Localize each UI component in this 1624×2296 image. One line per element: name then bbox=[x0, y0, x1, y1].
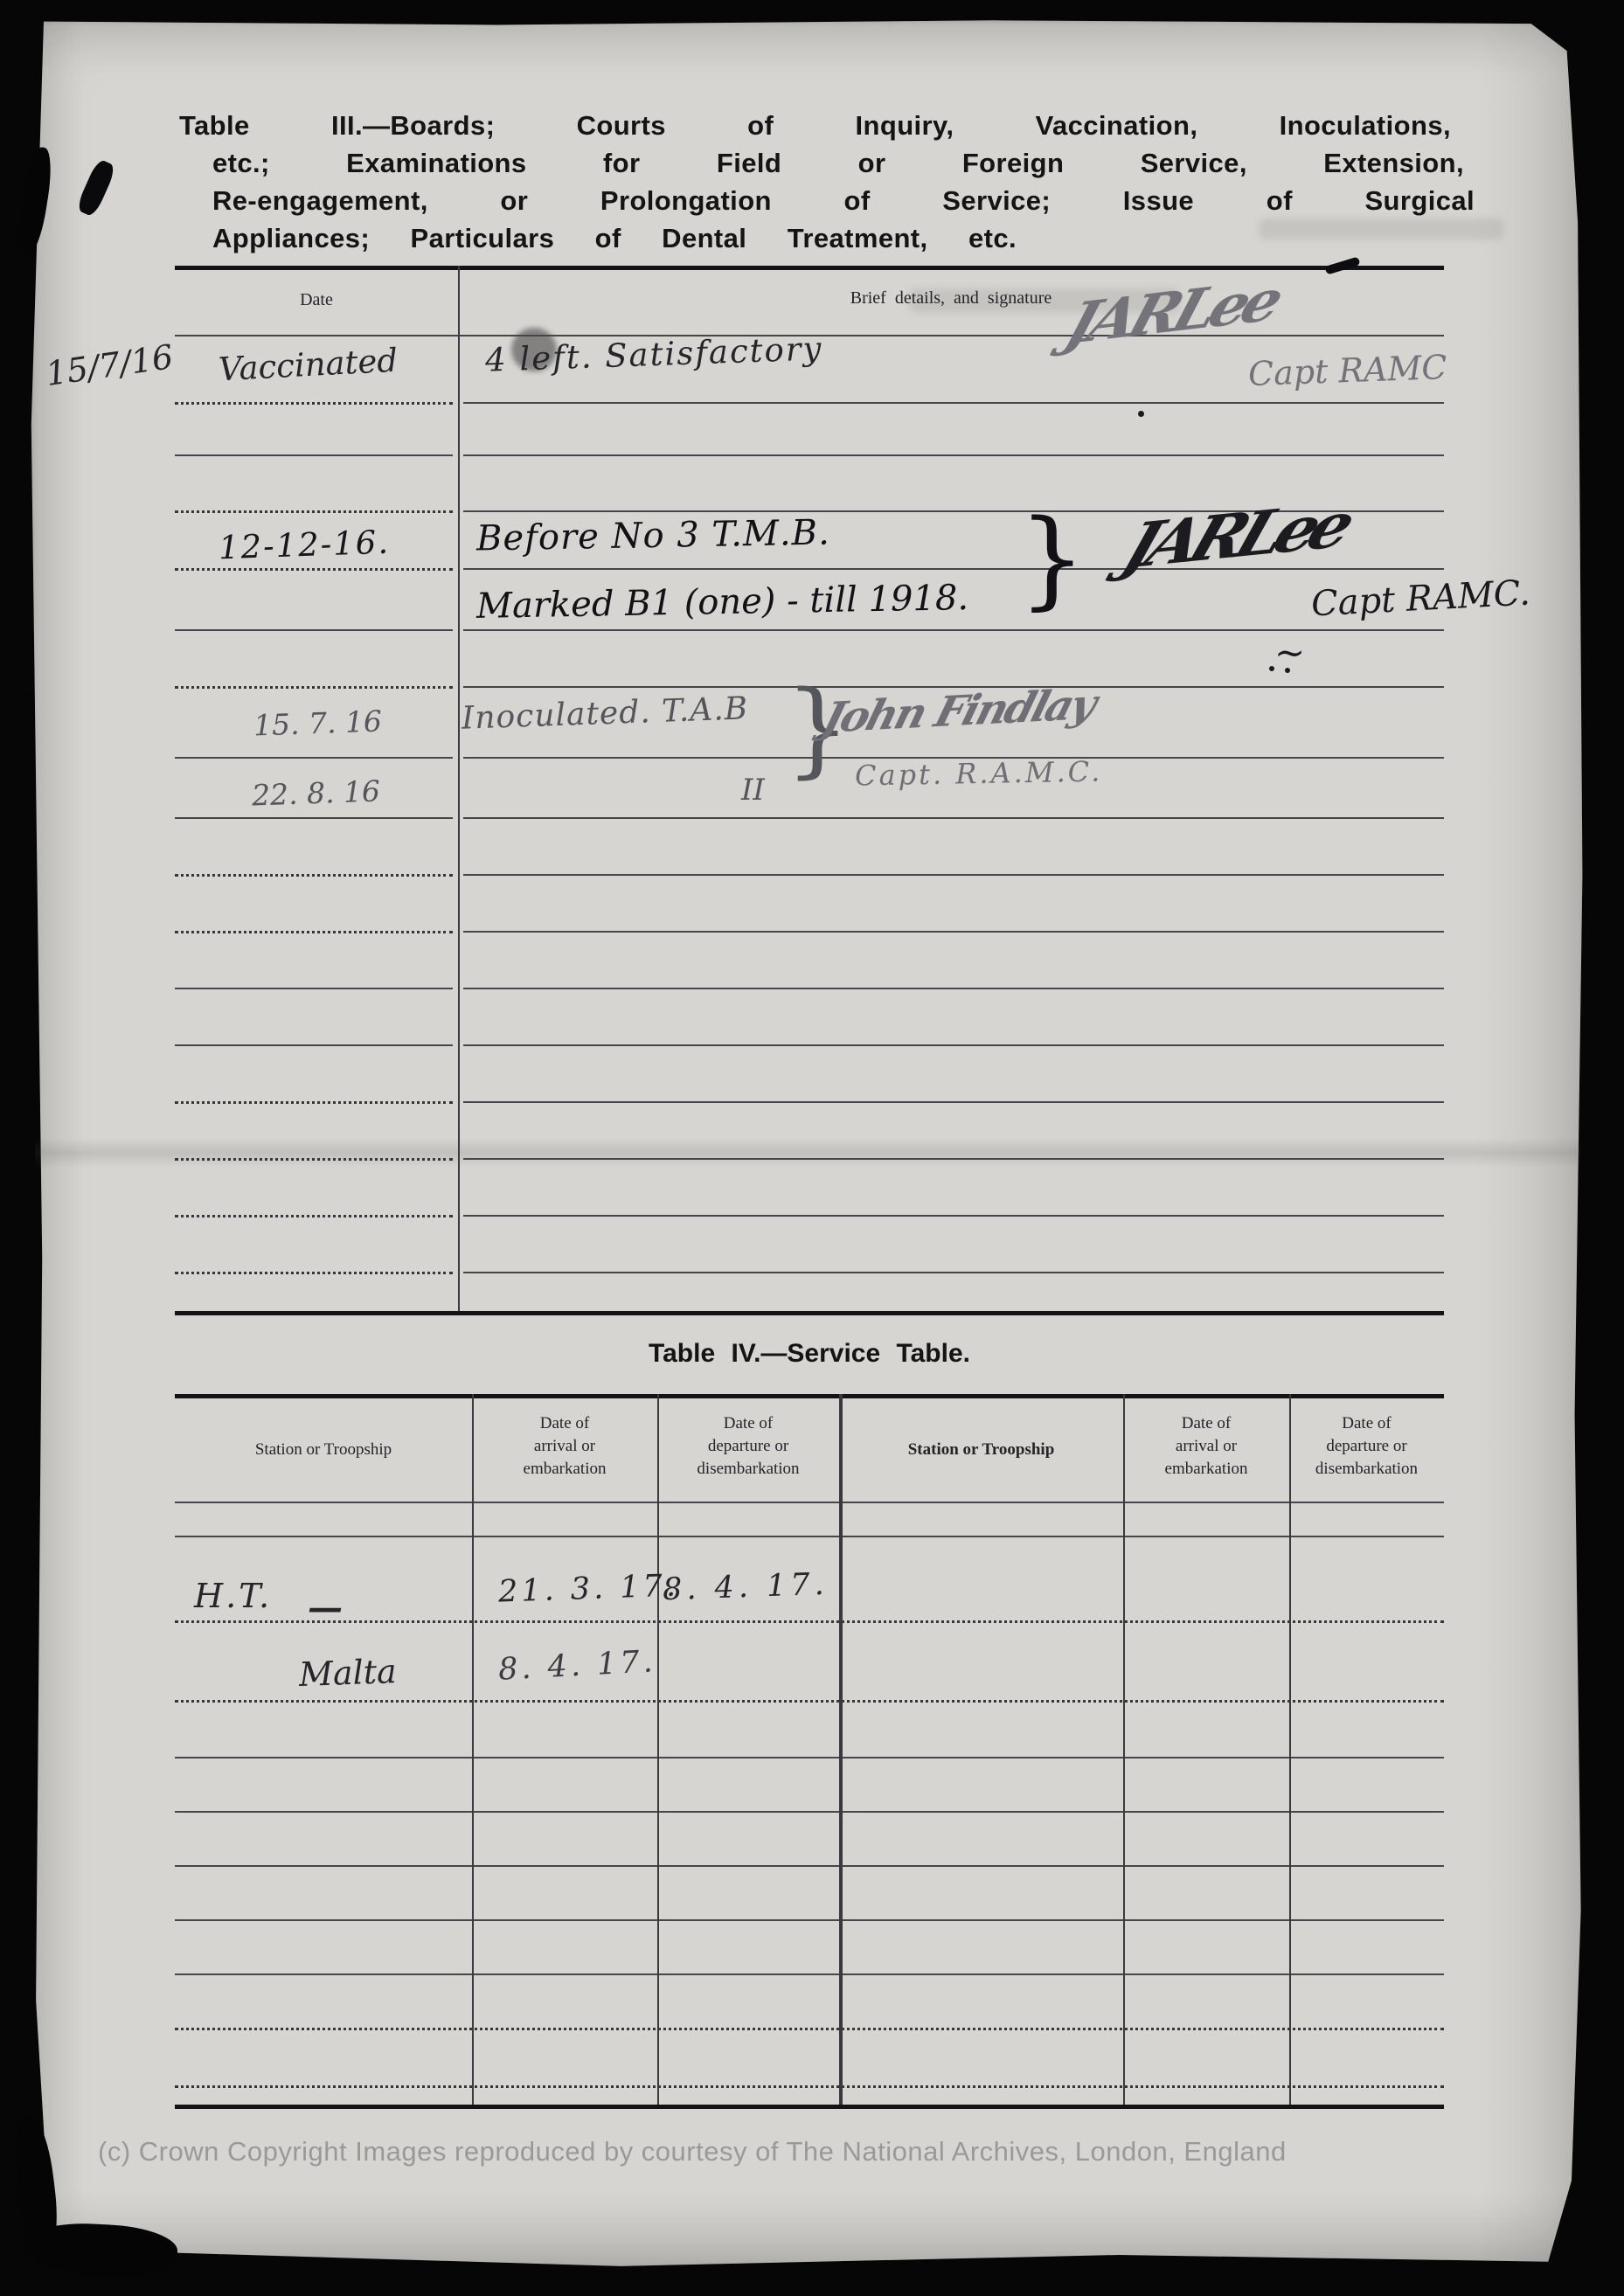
table3-title-line4: Appliances; Particulars of Dental Treatm… bbox=[212, 223, 1017, 254]
service-row2-station: Malta bbox=[298, 1652, 397, 1694]
rule-line bbox=[175, 510, 453, 513]
entry3-rank: Capt. R.A.M.C. bbox=[855, 755, 1103, 793]
ink-dot bbox=[1285, 668, 1290, 673]
rule-line bbox=[175, 1272, 453, 1274]
ink-squiggle: ~ bbox=[1274, 631, 1305, 674]
rule-line bbox=[463, 1044, 1444, 1046]
rule-line bbox=[175, 757, 453, 759]
rule-line bbox=[175, 1536, 1444, 1537]
table3-column-divider bbox=[458, 266, 460, 1311]
rule-line bbox=[175, 1865, 1444, 1867]
rule-line bbox=[463, 1101, 1444, 1103]
column-divider bbox=[1123, 1394, 1125, 2105]
rule-line bbox=[175, 454, 453, 456]
service-row1-dash: — bbox=[308, 1587, 343, 1628]
rule-line bbox=[463, 1272, 1444, 1273]
show-through-smudge bbox=[1259, 219, 1503, 239]
rule-line bbox=[175, 629, 453, 631]
table4-top-border bbox=[175, 1394, 1444, 1398]
rule-line bbox=[175, 1620, 1444, 1623]
rule-line bbox=[175, 2085, 1444, 2088]
table4-header-departure-left: Date of departure or disembarkation bbox=[657, 1412, 839, 1481]
rule-line bbox=[175, 1919, 1444, 1921]
rule-line bbox=[175, 686, 453, 689]
table4-header-arrival-left: Date of arrival or embarkation bbox=[472, 1412, 657, 1481]
ink-dot bbox=[1138, 411, 1144, 417]
service-row1-station: H.T. bbox=[194, 1577, 272, 1615]
entry2-date: 12-12-16. bbox=[218, 524, 390, 567]
entry1-rank: Capt RAMC bbox=[1247, 348, 1447, 393]
rule-line bbox=[463, 568, 1444, 570]
rule-line bbox=[463, 988, 1444, 989]
table4-heading: Table IV.—Service Table. bbox=[175, 1339, 1444, 1369]
rule-line bbox=[175, 1811, 1444, 1813]
fold-crease bbox=[35, 1138, 1580, 1168]
rule-line bbox=[175, 1158, 453, 1161]
rule-line bbox=[175, 931, 453, 933]
entry2-brace: } bbox=[1018, 496, 1086, 621]
crown-copyright-watermark: (c) Crown Copyright Images reproduced by… bbox=[98, 2136, 1287, 2168]
rule-line bbox=[175, 568, 453, 571]
entry3-date1: 15. 7. 16 bbox=[253, 704, 382, 742]
entry2-details-line1: Before No 3 T.M.B. bbox=[476, 512, 830, 558]
rule-line bbox=[175, 2028, 1444, 2030]
rule-line bbox=[175, 1700, 1444, 1703]
entry2-details-line2: Marked B1 (one) - till 1918. bbox=[476, 578, 969, 627]
entry3-dose2: II bbox=[741, 773, 765, 808]
rule-line bbox=[463, 1215, 1444, 1217]
table4-header-station-right: Station or Troopship bbox=[839, 1439, 1123, 1461]
rule-line bbox=[463, 402, 1444, 404]
ink-dot bbox=[1269, 666, 1274, 671]
rule-line bbox=[175, 1215, 453, 1217]
service-row1-departure: 8. 4. 17. bbox=[662, 1567, 829, 1608]
table3-title-line2: etc.; Examinations for Field or Foreign … bbox=[212, 148, 1464, 179]
table3-title-line1: Table III.—Boards; Courts of Inquiry, Va… bbox=[179, 110, 1451, 142]
table4-bottom-border bbox=[175, 2105, 1444, 2109]
rule-line bbox=[175, 874, 453, 877]
rule-line bbox=[463, 817, 1444, 819]
rule-line bbox=[175, 1101, 453, 1104]
table4-header-station-left: Station or Troopship bbox=[175, 1439, 472, 1461]
entry3-date2: 22. 8. 16 bbox=[251, 773, 380, 812]
column-divider bbox=[657, 1394, 659, 2105]
table3-header-details: Brief details, and signature bbox=[458, 287, 1444, 309]
rule-line bbox=[175, 1973, 1444, 1975]
column-divider bbox=[472, 1394, 474, 2105]
table3-title-line3: Re-engagement, or Prolongation of Servic… bbox=[212, 185, 1475, 217]
rule-line bbox=[175, 1044, 453, 1046]
rule-line bbox=[463, 874, 1444, 876]
table3-bottom-border bbox=[175, 1311, 1444, 1315]
table4-header-rule bbox=[175, 1502, 1444, 1503]
rule-line bbox=[463, 931, 1444, 933]
service-row1-arrival: 21. 3. 17. bbox=[497, 1568, 679, 1609]
rule-line bbox=[175, 988, 453, 989]
rule-line bbox=[175, 402, 453, 405]
rule-line bbox=[463, 454, 1444, 456]
column-divider bbox=[1289, 1394, 1291, 2105]
rule-line bbox=[463, 1158, 1444, 1160]
table3-header-date: Date bbox=[175, 288, 458, 311]
column-divider bbox=[839, 1394, 843, 2105]
table4-header-arrival-right: Date of arrival or embarkation bbox=[1123, 1412, 1289, 1481]
rule-line bbox=[175, 817, 453, 819]
rule-line bbox=[175, 1757, 1444, 1758]
table4-header-departure-right: Date of departure or disembarkation bbox=[1289, 1412, 1444, 1481]
scanned-document-page: Table III.—Boards; Courts of Inquiry, Va… bbox=[0, 0, 1624, 2296]
